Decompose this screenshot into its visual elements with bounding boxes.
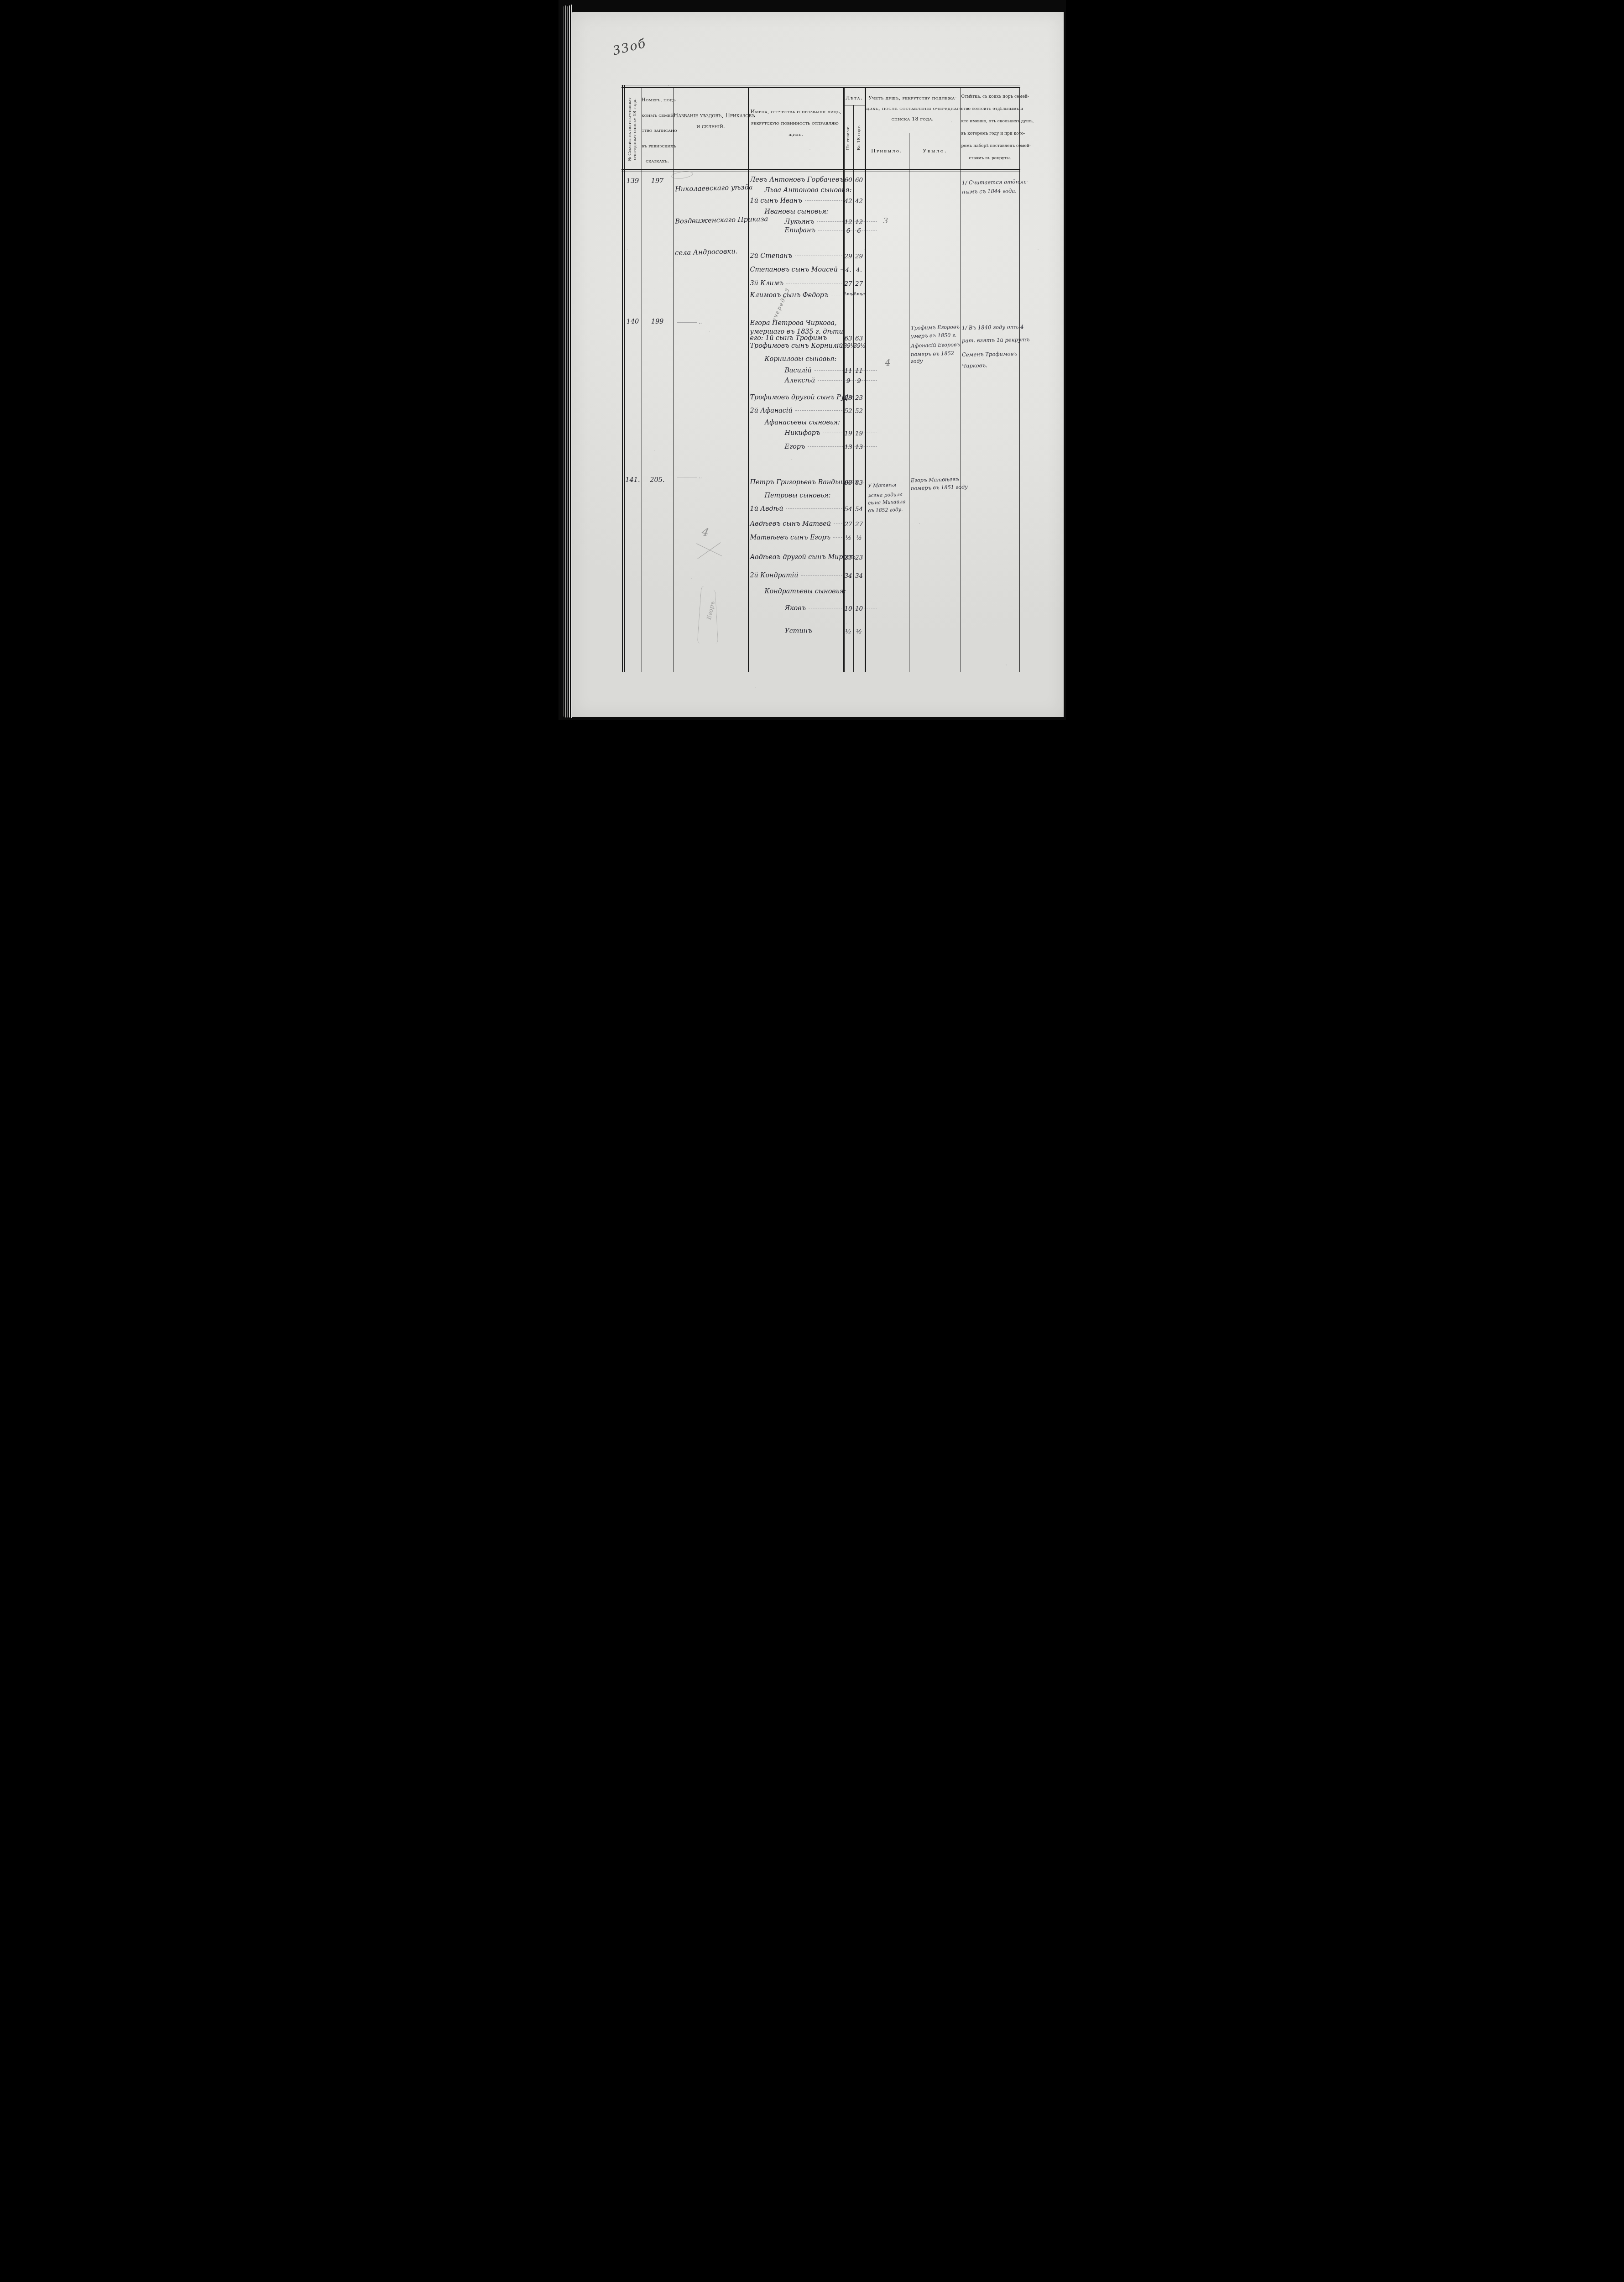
member-row: его: 1й сынъ Трофимъ <box>749 335 845 343</box>
member-row: Авдѣевъ сынъ Матвей <box>749 520 845 529</box>
member-name: Алексѣй <box>785 377 815 384</box>
header-revision-line: ство записано <box>642 123 674 138</box>
header-note-line: ство состоитъ отдѣльнымъ и <box>961 103 1019 115</box>
header-age-by-revision: По ревизіи. <box>844 105 853 170</box>
location-ditto-mark: ———— ‥ <box>677 474 702 480</box>
header-note-line: кто именно, отъ сколькихъ душъ, <box>961 115 1019 128</box>
departed-line: Егоръ Матвѣевъ <box>910 476 959 484</box>
col-divider-family-revision <box>642 87 642 672</box>
member-name: Матвѣевъ сынъ Егоръ <box>750 534 831 541</box>
header-note-line: ромъ наборѣ поставленъ семей- <box>961 140 1019 152</box>
header-names: Имена, отечества и прозванія лицъ, рекру… <box>748 106 844 140</box>
age-current: 23 <box>854 554 865 561</box>
age-current: 11 <box>854 367 865 375</box>
member-name: Ивановы сыновья: <box>765 208 829 215</box>
age-by-revision: 52 <box>844 408 853 415</box>
header-location-line: Названіе уѣздовъ, Приказовъ <box>674 110 748 121</box>
account-group-rule <box>865 133 961 133</box>
location-ditto-mark: ———— ‥ <box>677 319 702 325</box>
dotted-leader <box>801 575 842 576</box>
member-name: Яковъ <box>785 605 806 612</box>
note-line: 1/ Считается отдѣль- <box>961 178 1028 186</box>
age-current: ½ <box>854 534 865 542</box>
member-row: 3й Климъ <box>749 280 845 288</box>
member-row: 2й Афанасій <box>749 407 845 415</box>
revision-no: 205. <box>644 476 671 484</box>
age-by-revision: 4. <box>844 267 853 274</box>
header-account: Учетъ душъ, рекрутству подлежа- щихъ, по… <box>865 93 961 124</box>
age-current: 23 <box>854 394 865 402</box>
member-name: Трофимовъ другой сынъ Руфъ <box>750 394 854 401</box>
member-name: Лукьянъ <box>785 218 815 225</box>
header-names-line: щихъ. <box>748 129 844 140</box>
member-row: 1й сынъ Иванъ <box>749 197 845 205</box>
arrived-line: жена родила <box>867 492 903 499</box>
member-row: Кондратьевы сыновья: <box>749 588 859 596</box>
header-departed: Убыло. <box>910 148 961 154</box>
pencil-tally-mark: 4 <box>885 358 891 368</box>
member-name: Корниловы сыновья: <box>765 356 837 363</box>
family-no: 139 <box>625 178 641 185</box>
age-by-revision: 63 <box>844 335 853 342</box>
age-by-revision: 27 <box>844 521 853 528</box>
member-name: Устинъ <box>785 628 812 635</box>
header-names-line: Имена, отечества и прозванія лицъ, <box>748 106 844 117</box>
age-current: 13 <box>854 444 865 451</box>
family-no: 140 <box>625 318 641 325</box>
member-name: 2й Степанъ <box>750 252 792 260</box>
paper-speckles <box>572 12 573 13</box>
dotted-leader <box>786 283 842 283</box>
location-line: села Андросовки. <box>674 247 737 257</box>
member-row: Авдѣевъ другой сынъ Миронъ <box>749 554 845 562</box>
book-edge-strip <box>564 6 564 717</box>
book-edge-strip <box>569 5 570 717</box>
book-edge-strip <box>565 5 566 717</box>
age-current: 60 <box>854 177 865 184</box>
header-revision-line: сказкахъ. <box>642 153 674 169</box>
col-divider-departed-note <box>961 87 961 672</box>
arrived-line: У Матвѣя <box>867 482 896 489</box>
family-no: 141. <box>625 476 641 484</box>
header-account-line: Учетъ душъ, рекрутству подлежа- <box>865 93 961 103</box>
age-by-revision: 23 <box>844 394 853 402</box>
note-line: Семенъ Трофимовъ <box>961 351 1017 358</box>
book-edge-strip <box>562 7 562 716</box>
age-current: ½ <box>854 628 865 635</box>
note-line: рат. взятъ 1й рекрутъ <box>961 336 1029 344</box>
header-family-no: № Семейства по рекрутскому очередному сп… <box>623 88 642 170</box>
age-by-revision: 12 <box>844 219 853 226</box>
header-revision-line: коимъ семей- <box>642 108 674 123</box>
member-name: Авдѣевъ сынъ Матвей <box>750 520 831 528</box>
age-by-revision: 29 <box>844 253 853 260</box>
header-location: Названіе уѣздовъ, Приказовъ и селеній. <box>674 110 748 132</box>
header-revision-line: Номеръ, подъ <box>642 92 674 108</box>
header-family-no-line: очередному списку 18 года. <box>632 97 637 161</box>
age-by-revision: 10 <box>844 605 853 612</box>
age-current: 63 <box>854 335 865 342</box>
note-line: нымъ съ 1844 года. <box>961 188 1016 195</box>
member-row: 2й Кондратій <box>749 572 845 580</box>
member-row: Ивановы сыновья: <box>749 208 859 216</box>
age-by-revision: 60 <box>844 177 853 184</box>
age-current: 10 <box>854 605 865 612</box>
header-revision-line: въ ревизскихъ <box>642 138 674 154</box>
header-age-current: Въ 18 году. <box>853 105 865 170</box>
dotted-leader <box>830 338 842 338</box>
revision-no: 199 <box>644 318 671 325</box>
table-right-rule <box>1019 87 1020 672</box>
departed-line: умеръ въ 1850 г. <box>910 332 956 340</box>
age-by-revision: 39½ <box>844 343 853 349</box>
member-row: Петровы сыновья: <box>749 492 859 500</box>
dotted-leader <box>831 295 842 295</box>
member-name: Петръ Григорьевъ Вандышевъ <box>750 479 859 486</box>
age-by-revision: ½ <box>844 534 853 542</box>
member-row: Егора Петрова Чиркова, <box>749 319 845 328</box>
age-current: 39½ <box>854 343 865 349</box>
member-row: Льва Антонова сыновья: <box>749 187 859 195</box>
age-current: 29 <box>854 253 865 260</box>
header-account-line: списка 18 года. <box>865 114 961 124</box>
age-current: 6 <box>854 227 865 235</box>
scanned-ledger-page: 33об № Семейства по рекрутскому очередно… <box>559 0 1066 720</box>
member-row: 1й Авдѣй <box>749 505 845 513</box>
member-row: 2й Степанъ <box>749 252 845 261</box>
member-name: Никифоръ <box>785 429 820 437</box>
member-name: 3й Климъ <box>750 280 784 287</box>
member-row: Матвѣевъ сынъ Егоръ <box>749 534 845 542</box>
member-row: Афанасьевы сыновья: <box>749 419 859 427</box>
age-by-revision: 11 <box>844 367 853 375</box>
age-current: 12 <box>854 219 865 226</box>
age-current: 34 <box>854 572 865 580</box>
departed-line: году <box>910 358 923 365</box>
member-name: его: 1й сынъ Трофимъ <box>750 335 827 342</box>
age-by-revision: ½ <box>844 628 853 635</box>
member-row: Левъ Антоновъ Горбачевъ <box>749 176 845 184</box>
age-by-revision: 42 <box>844 198 853 205</box>
age-by-revision: 34 <box>844 572 853 580</box>
member-name: Епифанъ <box>785 227 816 234</box>
note-line: Чирковъ. <box>961 362 987 369</box>
header-note-line: Отмѣтка, съ коихъ поръ семей- <box>961 91 1019 103</box>
age-by-revision: 13 <box>844 444 853 451</box>
departed-line: померъ въ 1852 <box>910 351 954 357</box>
dotted-leader <box>795 256 842 256</box>
age-by-revision: 9 <box>844 377 853 385</box>
pencil-tally-mark: 3 <box>883 216 888 225</box>
header-names-line: рекрутскую повинность отправляю- <box>748 117 844 129</box>
member-name: Петровы сыновья: <box>765 492 831 499</box>
header-note: Отмѣтка, съ коихъ поръ семей- ство состо… <box>961 91 1019 165</box>
member-row: Климовъ сынъ Федоръ <box>749 292 845 300</box>
member-row: Корниловы сыновья: <box>749 356 859 364</box>
departed-line: Трофимъ Егоровъ <box>910 324 959 331</box>
header-account-line: щихъ, послѣ составленія очереднаго <box>865 103 961 114</box>
member-name: Трофимовъ сынъ Корнилій <box>750 342 843 350</box>
dotted-leader <box>805 200 842 201</box>
header-age-group: Лѣта. <box>844 94 865 101</box>
age-by-revision: 19 <box>844 430 853 437</box>
dotted-leader <box>786 508 842 509</box>
age-by-revision: 27 <box>844 280 853 288</box>
dotted-leader <box>841 269 843 270</box>
age-current: 52 <box>854 408 865 415</box>
dotted-leader <box>808 446 877 447</box>
member-row: Трофимовъ сынъ Корнилій <box>749 342 845 351</box>
member-name: Афанасьевы сыновья: <box>765 419 840 426</box>
header-family-no-line: № Семейства по рекрутскому <box>627 97 632 161</box>
member-name: Левъ Антоновъ Горбачевъ <box>750 176 844 183</box>
header-note-line: ствомъ въ рекруты. <box>961 152 1019 165</box>
header-location-line: и селеній. <box>674 121 748 132</box>
header-revision-no: Номеръ, подъ коимъ семей- ство записано … <box>642 92 674 169</box>
member-row: Трофимовъ другой сынъ Руфъ <box>749 394 845 402</box>
member-name: Авдѣевъ другой сынъ Миронъ <box>750 554 856 561</box>
table-left-rule-thick <box>622 85 623 672</box>
member-name: 2й Афанасій <box>750 407 793 414</box>
member-name: 1й Авдѣй <box>750 505 783 513</box>
table-left-rule <box>624 85 625 672</box>
book-edge-strip <box>567 6 568 717</box>
member-name: Егоръ <box>785 443 805 450</box>
member-name: Льва Антонова сыновья: <box>765 187 852 194</box>
age-by-revision: 23 <box>844 554 853 561</box>
member-name: Кондратьевы сыновья: <box>765 588 846 595</box>
arrived-line: въ 1852 году. <box>867 507 903 514</box>
member-name: 2й Кондратій <box>750 572 799 579</box>
age-by-revision: 6 <box>844 227 853 235</box>
age-current: 54 <box>854 506 865 513</box>
age-current: 27 <box>854 521 865 528</box>
header-note-line: въ которомъ году и при кото- <box>961 128 1019 140</box>
age-current: 42 <box>854 198 865 205</box>
col-divider-arrived-departed <box>909 133 910 672</box>
dotted-leader <box>833 537 842 538</box>
age-by-revision: 2мца <box>844 292 853 297</box>
note-line: 1/ Въ 1840 году отъ 4 <box>961 324 1023 331</box>
age-current: 2мца <box>854 292 865 297</box>
member-name: Егора Петрова Чиркова, <box>750 319 837 327</box>
dotted-leader <box>795 410 842 411</box>
header-arrived: Прибыло. <box>865 148 909 154</box>
member-name: Василій <box>785 367 812 374</box>
member-name: 1й сынъ Иванъ <box>750 197 802 204</box>
dotted-leader <box>834 523 842 524</box>
member-row: Петръ Григорьевъ Вандышевъ <box>749 479 845 487</box>
revision-no: 197 <box>644 178 671 185</box>
age-by-revision: 83 <box>844 479 853 487</box>
dotted-leader <box>809 608 877 608</box>
age-current: 83 <box>854 479 865 487</box>
age-current: 19 <box>854 430 865 437</box>
table-top-rule <box>621 85 1020 85</box>
age-current: 4. <box>854 267 865 274</box>
age-current: 9 <box>854 377 865 385</box>
age-by-revision: 54 <box>844 506 853 513</box>
age-current: 27 <box>854 280 865 288</box>
